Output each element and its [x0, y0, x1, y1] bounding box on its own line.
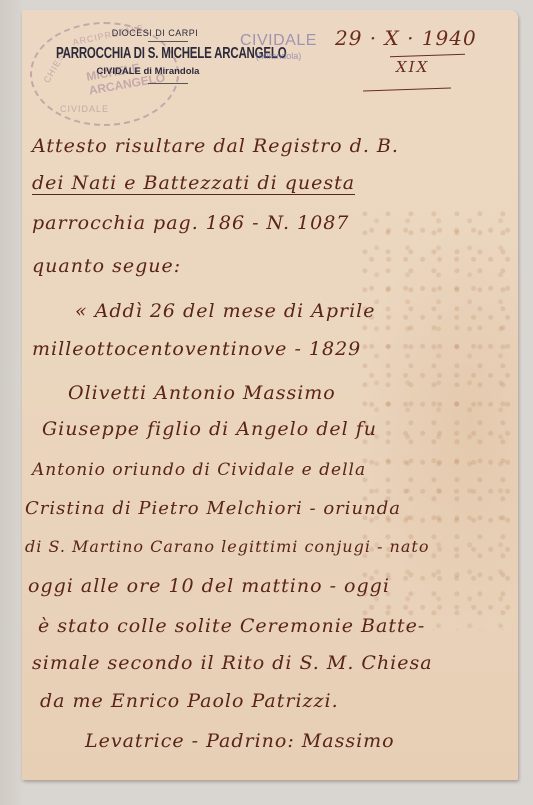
letterhead-parish: PARROCCHIA DI S. MICHELE ARCANGELO [56, 46, 240, 62]
letterhead-place: CIVIDALE di Mirandola [56, 66, 240, 77]
letterhead-ornament [148, 83, 188, 84]
body-line-7: Olivetti Antonio Massimo [68, 382, 336, 404]
letterhead-divider [148, 41, 188, 42]
body-line-1: Attesto risultare dal Registro d. B. [32, 135, 399, 157]
foxing-stains [358, 210, 518, 630]
body-line-10: Cristina di Pietro Melchiori - oriunda [25, 498, 401, 519]
body-line-2-text: dei Nati e Battezzati di questa [32, 172, 355, 195]
regnal-year: XIX [396, 58, 429, 76]
body-line-15: da me Enrico Paolo Patrizzi. [40, 690, 339, 712]
body-line-9: Antonio oriundo di Cividale e della [32, 460, 366, 480]
body-line-8: Giuseppe figlio di Angelo del fu [42, 418, 377, 440]
document-date: 29 · X · 1940 [335, 26, 477, 50]
body-line-3: parrocchia pag. 186 - N. 1087 [32, 212, 349, 234]
cividale-stamp: CIVIDALE (Mirandola) [240, 32, 317, 61]
body-line-12: oggi alle ore 10 del mattino - oggi [28, 575, 390, 597]
stamp-bottom-text: CIVIDALE [60, 104, 109, 114]
body-line-14: simale secondo il Rito di S. M. Chiesa [32, 652, 433, 674]
body-line-11: di S. Martino Carano legittimi conjugi -… [25, 537, 429, 556]
cividale-stamp-subtitle: (Mirandola) [240, 51, 317, 61]
body-line-4: quanto segue: [32, 255, 181, 277]
body-line-2: dei Nati e Battezzati di questa [32, 172, 355, 194]
body-line-5: « Addì 26 del mese di Aprile [75, 300, 376, 322]
body-line-6: milleottocentoventinove - 1829 [32, 338, 361, 360]
cividale-stamp-town: CIVIDALE [240, 32, 317, 50]
letterhead: DIOCESI DI CARPI PARROCCHIA DI S. MICHEL… [40, 28, 240, 84]
body-line-16: Levatrice - Padrino: Massimo [85, 730, 395, 752]
backdrop [0, 0, 22, 805]
letterhead-diocese: DIOCESI DI CARPI [70, 28, 240, 38]
body-line-13: è stato colle solite Ceremonie Batte- [38, 615, 425, 637]
